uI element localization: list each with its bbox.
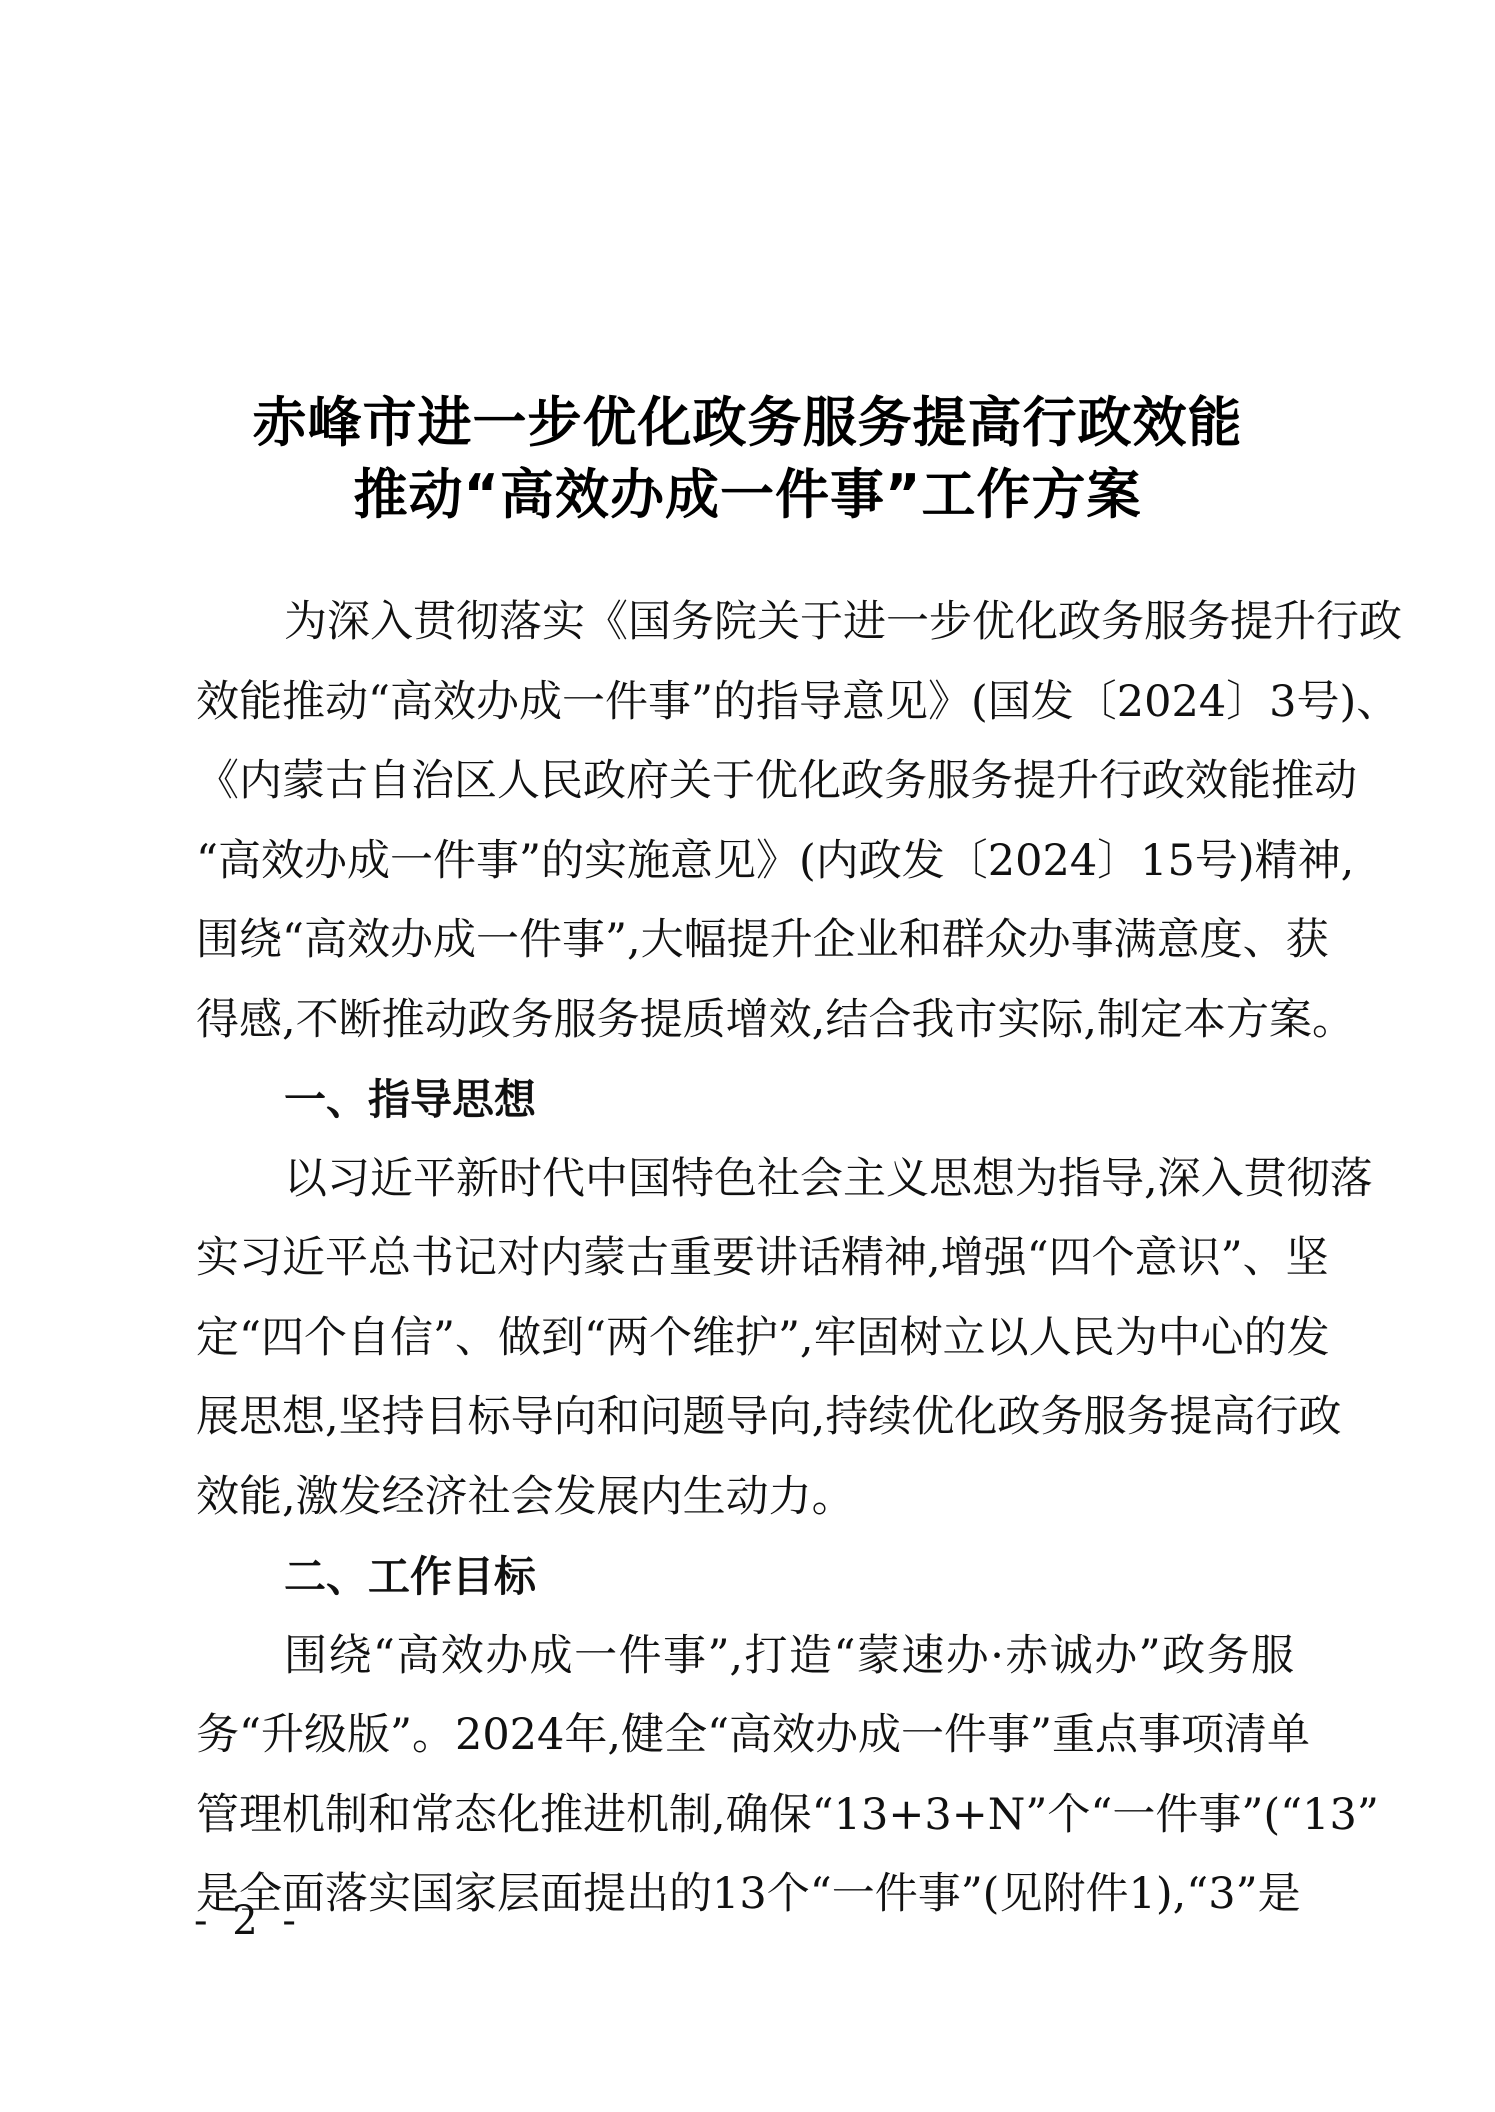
text-line: 是全面落实国家层面提出的13个“一件事”(见附件1),“3”是 bbox=[196, 1855, 1294, 1935]
text-line: “高效办成一件事”的实施意见》(内政发〔2024〕15号)精神, bbox=[196, 822, 1294, 902]
text-line: 《内蒙古自治区人民政府关于优化政务服务提升行政效能推动 bbox=[196, 742, 1294, 822]
text-line: 围绕“高效办成一件事”,打造“蒙速办·赤诚办”政务服 bbox=[196, 1617, 1294, 1697]
text-line: 实习近平总书记对内蒙古重要讲话精神,增强“四个意识”、坚 bbox=[196, 1219, 1294, 1299]
document-page: 赤峰市进一步优化政务服务提高行政效能 推动“高效办成一件事”工作方案 为深入贯彻… bbox=[0, 0, 1495, 2112]
document-title-line-2: 推动“高效办成一件事”工作方案 bbox=[0, 452, 1495, 529]
document-body: 为深入贯彻落实《国务院关于进一步优化政务服务提升行政 效能推动“高效办成一件事”… bbox=[196, 583, 1294, 1935]
text-line: 以习近平新时代中国特色社会主义思想为指导,深入贯彻落 bbox=[196, 1140, 1294, 1220]
text-line: 务“升级版”。2024年,健全“高效办成一件事”重点事项清单 bbox=[196, 1696, 1294, 1776]
page-number: - 2 - bbox=[194, 1898, 302, 1944]
section-paragraph-guiding-ideology: 以习近平新时代中国特色社会主义思想为指导,深入贯彻落 实习近平总书记对内蒙古重要… bbox=[196, 1140, 1294, 1538]
text-line: 管理机制和常态化推进机制,确保“13+3+N”个“一件事”(“13” bbox=[196, 1776, 1294, 1856]
text-line: 效能,激发经济社会发展内生动力。 bbox=[196, 1458, 1294, 1538]
text-line: 为深入贯彻落实《国务院关于进一步优化政务服务提升行政 bbox=[196, 583, 1294, 663]
section-heading-work-goals: 二、工作目标 bbox=[196, 1537, 1294, 1617]
text-line: 得感,不断推动政务服务提质增效,结合我市实际,制定本方案。 bbox=[196, 981, 1294, 1061]
intro-paragraph: 为深入贯彻落实《国务院关于进一步优化政务服务提升行政 效能推动“高效办成一件事”… bbox=[196, 583, 1294, 1060]
text-line: 定“四个自信”、做到“两个维护”,牢固树立以人民为中心的发 bbox=[196, 1299, 1294, 1379]
section-paragraph-work-goals: 围绕“高效办成一件事”,打造“蒙速办·赤诚办”政务服 务“升级版”。2024年,… bbox=[196, 1617, 1294, 1935]
document-title-line-1: 赤峰市进一步优化政务服务提高行政效能 bbox=[0, 380, 1495, 457]
text-line: 展思想,坚持目标导向和问题导向,持续优化政务服务提高行政 bbox=[196, 1378, 1294, 1458]
section-heading-guiding-ideology: 一、指导思想 bbox=[196, 1060, 1294, 1140]
text-line: 效能推动“高效办成一件事”的指导意见》(国发〔2024〕3号)、 bbox=[196, 663, 1294, 743]
text-line: 围绕“高效办成一件事”,大幅提升企业和群众办事满意度、获 bbox=[196, 901, 1294, 981]
